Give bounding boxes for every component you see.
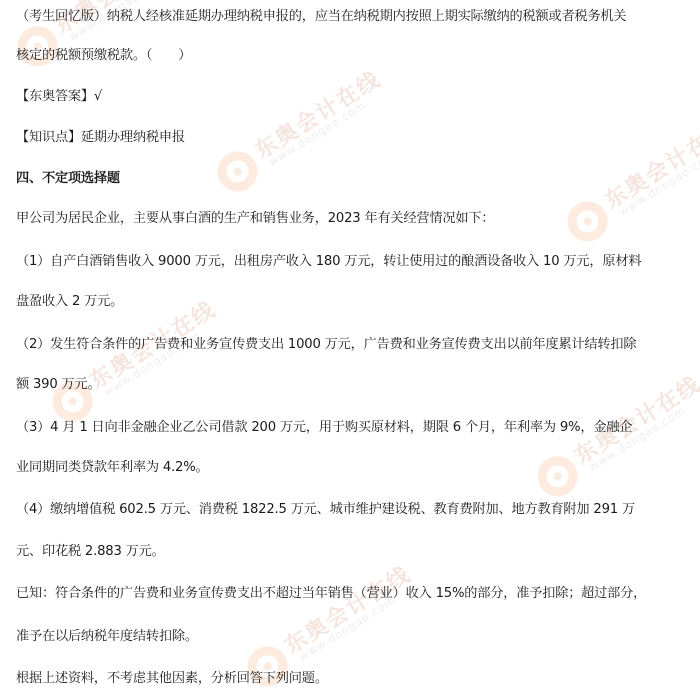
section-heading: 四、不定项选择题 — [16, 171, 120, 187]
dongao-logo-icon — [530, 449, 585, 504]
question-text-line-1: （考生回忆版）纳税人经核准延期办理纳税申报的，应当在纳税期内按照上期实际缴纳的税… — [16, 9, 626, 25]
item-1-line-2: 盘盈收入 2 万元。 — [16, 294, 123, 310]
dongao-logo-icon — [560, 194, 615, 249]
known-condition-line-2: 准予在以后纳税年度结转扣除。 — [16, 629, 198, 645]
knowledge-point-line: 【知识点】延期办理纳税申报 — [16, 130, 185, 146]
instruction-line: 根据上述资料，不考虑其他因素，分析回答下列问题。 — [16, 671, 328, 687]
answer-line: 【东奥答案】√ — [16, 89, 102, 105]
question-text-line-2: 核定的税额预缴税款。（ ） — [16, 48, 191, 64]
dongao-logo-icon — [10, 19, 65, 74]
item-1-line-1: （1）自产白酒销售收入 9000 万元，出租房产收入 180 万元，转让使用过的… — [16, 254, 641, 270]
document-page: 东奥会计在线 www.dongao.com 东奥会计在线 www.dongao.… — [0, 0, 700, 694]
dongao-logo-icon — [210, 144, 265, 199]
item-4-line-2: 元、印花税 2.883 万元。 — [16, 544, 165, 560]
case-intro: 甲公司为居民企业，主要从事白酒的生产和销售业务，2023 年有关经营情况如下： — [16, 211, 494, 227]
item-2-line-2: 额 390 万元。 — [16, 377, 101, 393]
item-4-line-1: （4）缴纳增值税 602.5 万元、消费税 1822.5 万元、城市维护建设税、… — [16, 502, 635, 518]
item-2-line-1: （2）发生符合条件的广告费和业务宣传费支出 1000 万元，广告费和业务宣传费支… — [16, 337, 636, 353]
item-3-line-2: 业同期同类贷款年利率为 4.2%。 — [16, 460, 209, 476]
item-3-line-1: （3）4 月 1 日向非金融企业乙公司借款 200 万元，用于购买原材料，期限 … — [16, 420, 632, 436]
known-condition-line-1: 已知：符合条件的广告费和业务宣传费支出不超过当年销售（营业）收入 15%的部分，… — [16, 586, 646, 602]
